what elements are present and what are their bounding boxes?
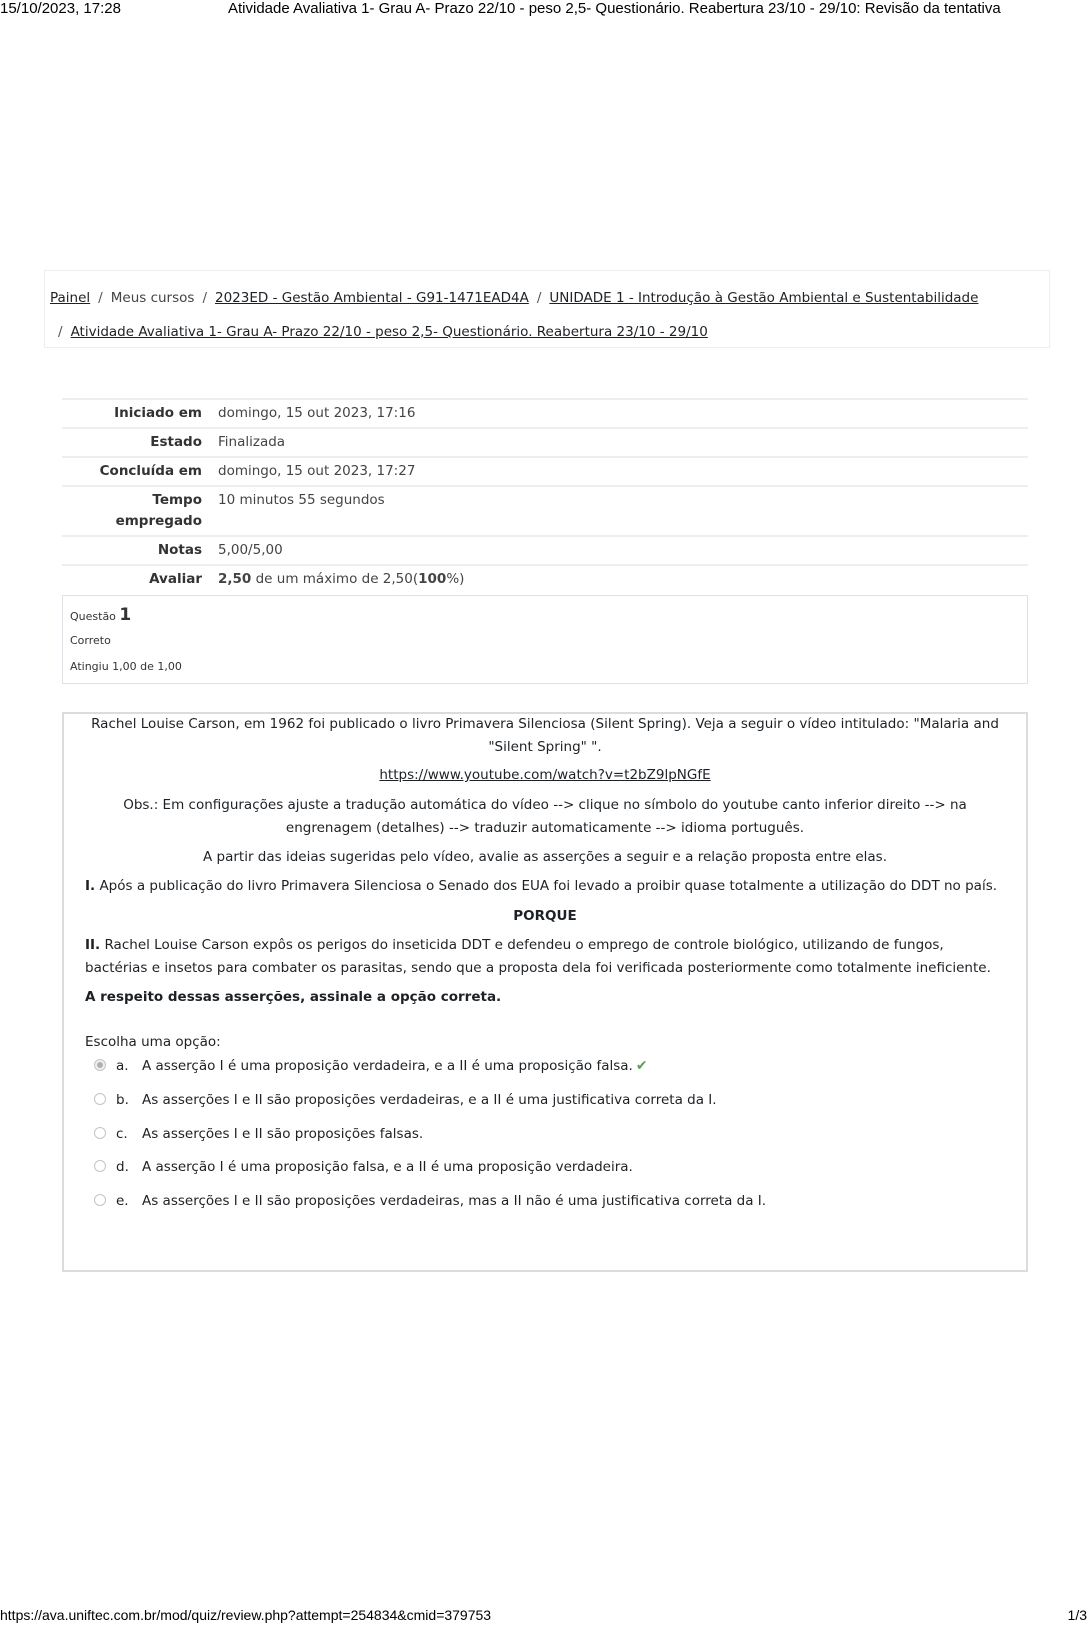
video-link-line: https://www.youtube.com/watch?v=t2bZ9lpN… (84, 764, 1006, 787)
answer-text: A asserção I é uma proposição falsa, e a… (142, 1155, 633, 1179)
grade-value: 2,50 (218, 571, 251, 587)
summary-label: Iniciado em (62, 399, 210, 428)
grade-percent-suffix: %) (446, 571, 464, 587)
print-page-number: 1/3 (1068, 1607, 1087, 1623)
radio-unselected[interactable] (94, 1194, 106, 1206)
breadcrumb: Painel/Meus cursos/2023ED - Gestão Ambie… (50, 281, 1050, 349)
choose-option-label: Escolha uma opção: (85, 1031, 1005, 1054)
attempt-summary-table: Iniciado em domingo, 15 out 2023, 17:16 … (62, 398, 1028, 593)
assertion-1-label: I. (85, 878, 95, 894)
answer-text: As asserções I e II são proposições verd… (142, 1189, 766, 1213)
summary-value: 5,00/5,00 (210, 536, 1028, 565)
breadcrumb-separator: / (202, 290, 207, 306)
summary-row-state: Estado Finalizada (62, 428, 1028, 457)
question-obs: Obs.: Em configurações ajuste a tradução… (84, 794, 1006, 840)
assertion-2: II. Rachel Louise Carson expôs os perigo… (85, 934, 1005, 980)
summary-label: Tempo empregado (62, 486, 210, 536)
breadcrumb-unit[interactable]: UNIDADE 1 - Introdução à Gestão Ambienta… (549, 290, 978, 306)
print-header: 15/10/2023, 17:28 Atividade Avaliativa 1… (0, 0, 1089, 18)
breadcrumb-container: Painel/Meus cursos/2023ED - Gestão Ambie… (44, 270, 1050, 348)
summary-row-time-taken: Tempo empregado 10 minutos 55 segundos (62, 486, 1028, 536)
summary-row-marks: Notas 5,00/5,00 (62, 536, 1028, 565)
question-info-box: Questão 1 Correto Atingiu 1,00 de 1,00 (62, 595, 1028, 684)
question-number-value: 1 (119, 605, 131, 625)
radio-unselected[interactable] (94, 1160, 106, 1172)
breadcrumb-meus-cursos: Meus cursos (111, 290, 195, 306)
breadcrumb-separator: / (98, 290, 103, 306)
question-grade: Atingiu 1,00 de 1,00 (70, 660, 182, 673)
question-content: Rachel Louise Carson, em 1962 foi public… (62, 712, 1028, 1272)
summary-label: Estado (62, 428, 210, 457)
breadcrumb-activity[interactable]: Atividade Avaliativa 1- Grau A- Prazo 22… (71, 324, 708, 340)
answer-letter: c. (116, 1122, 128, 1146)
breadcrumb-separator: / (58, 324, 63, 340)
assertion-2-label: II. (85, 937, 100, 953)
summary-label: Concluída em (62, 457, 210, 486)
breadcrumb-separator: / (537, 290, 542, 306)
answer-letter: e. (116, 1189, 129, 1213)
radio-selected[interactable] (94, 1059, 106, 1071)
assertion-1: I. Após a publicação do livro Primavera … (85, 875, 1005, 898)
answer-text-content: A asserção I é uma proposição verdadeira… (142, 1058, 633, 1074)
print-title: Atividade Avaliativa 1- Grau A- Prazo 22… (228, 0, 1001, 17)
question-intro-text: Rachel Louise Carson, em 1962 foi public… (84, 713, 1006, 759)
print-datetime: 15/10/2023, 17:28 (0, 0, 121, 17)
breadcrumb-course[interactable]: 2023ED - Gestão Ambiental - G91-1471EAD4… (215, 290, 529, 306)
summary-value: domingo, 15 out 2023, 17:27 (210, 457, 1028, 486)
answer-letter: d. (116, 1155, 129, 1179)
question-number: Questão 1 (70, 605, 131, 625)
radio-unselected[interactable] (94, 1127, 106, 1139)
breadcrumb-painel[interactable]: Painel (50, 290, 90, 306)
summary-value: domingo, 15 out 2023, 17:16 (210, 399, 1028, 428)
assertion-connector: PORQUE (84, 905, 1006, 928)
grade-percent: 100 (418, 571, 446, 587)
print-url: https://ava.uniftec.com.br/mod/quiz/revi… (0, 1607, 491, 1623)
summary-row-completed: Concluída em domingo, 15 out 2023, 17:27 (62, 457, 1028, 486)
answer-text: A asserção I é uma proposição verdadeira… (142, 1054, 648, 1078)
assertion-2-text: Rachel Louise Carson expôs os perigos do… (85, 937, 991, 976)
summary-value: 2,50 de um máximo de 2,50(100%) (210, 565, 1028, 593)
video-link[interactable]: https://www.youtube.com/watch?v=t2bZ9lpN… (379, 767, 710, 783)
answer-text: As asserções I e II são proposições fals… (142, 1122, 423, 1146)
summary-label: Avaliar (62, 565, 210, 593)
radio-unselected[interactable] (94, 1093, 106, 1105)
check-icon: ✔ (636, 1058, 648, 1074)
answer-text: As asserções I e II são proposições verd… (142, 1088, 717, 1112)
answer-letter: b. (116, 1088, 129, 1112)
answer-letter: a. (116, 1054, 129, 1078)
summary-value: 10 minutos 55 segundos (210, 486, 1028, 536)
question-instruction: A partir das ideias sugeridas pelo vídeo… (84, 846, 1006, 869)
question-label: Questão (70, 610, 116, 623)
question-state: Correto (70, 634, 111, 647)
summary-value: Finalizada (210, 428, 1028, 457)
assertion-1-text: Após a publicação do livro Primavera Sil… (95, 878, 997, 894)
summary-row-grade: Avaliar 2,50 de um máximo de 2,50(100%) (62, 565, 1028, 593)
summary-row-started: Iniciado em domingo, 15 out 2023, 17:16 (62, 399, 1028, 428)
question-prompt: A respeito dessas asserções, assinale a … (85, 986, 1005, 1009)
summary-label: Notas (62, 536, 210, 565)
grade-max-text: de um máximo de 2,50( (251, 571, 418, 587)
